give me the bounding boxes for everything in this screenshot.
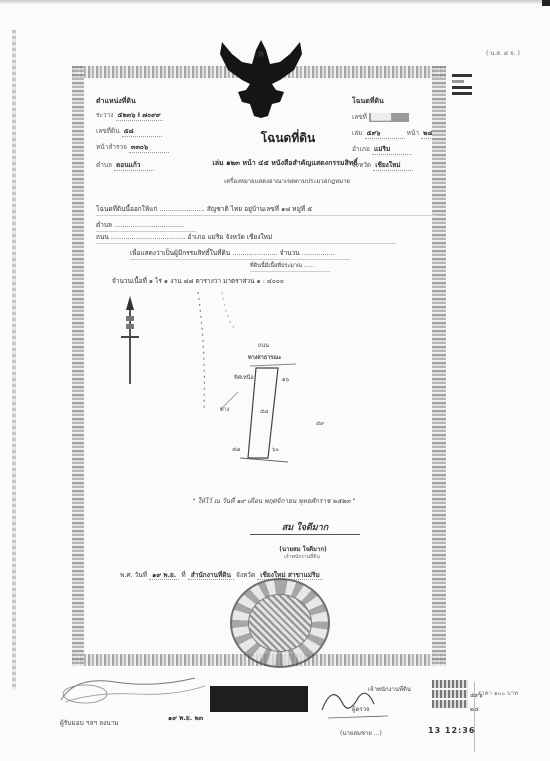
body-line-owner: โฉนดที่ดินนี้ออกให้แก่ .................… (96, 204, 436, 216)
footer-date: ๑๙ พ.ย. ๒๓ (168, 713, 203, 723)
document-subtitle: เล่ม ๑๒๓ หน้า ๔๕ หนังสือสำคัญแสดงกรรมสิท… (190, 158, 380, 169)
garuda-emblem-icon (214, 32, 308, 120)
border-left (72, 66, 84, 666)
map-label-top: ถนน (258, 342, 269, 350)
issue-declaration: " ให้ไว้ ณ วันที่ ๑๙ เดือน พฤศจิกายน พุท… (104, 496, 444, 506)
parcel-sketch-map: ถนน ทางสาธารณะ ทิศเหนือ ๑๖ ๕๘ ทาง ๕๙ ๕๗ … (220, 340, 340, 470)
map-label-right: ๕๙ (316, 420, 324, 428)
signature-flourish (55, 672, 215, 708)
scan-edge (0, 0, 550, 4)
field-value: ดอนแก้ว (114, 160, 154, 171)
map-label-top-left: ทิศเหนือ (234, 374, 254, 382)
field-subdistrict: ตำบล ดอนแก้ว (96, 160, 154, 171)
map-label-left: ทาง (220, 406, 229, 414)
field-label: เลขที่ (352, 113, 367, 121)
map-label-bottom-left: ๕๗ (232, 446, 240, 454)
field-label: เล่ม (352, 129, 363, 137)
reference-box (432, 680, 468, 710)
issue-date-value: ๑๙ พ.ย. (149, 571, 179, 580)
field-label: อำเภอ (352, 145, 370, 153)
body-line-subdistrict: ตำบล .................................. (96, 220, 196, 232)
registrar-title: เจ้าพนักงานที่ดิน (368, 684, 411, 694)
scan-corner-mark (542, 0, 550, 6)
field-value: ๕๙๖ (365, 128, 405, 139)
field-label: ตำบล (96, 161, 112, 169)
field-value-redacted: ████ (369, 113, 409, 122)
map-label-parcel: ๕๘ (260, 408, 268, 416)
map-label-top-right: ๑๖ (282, 376, 289, 384)
body-line-road: ถนน ....................................… (96, 232, 396, 244)
field-value: แม่ริม (372, 144, 412, 155)
issue-place-value: สำนักงานที่ดิน (188, 571, 234, 580)
field-book-page: เล่ม ๕๙๖ หน้า ๒๘ (352, 128, 439, 139)
document-subtitle-2: เครื่องหมายแสดงอาณาเขตตามประมวลกฎหมาย (192, 176, 382, 186)
map-label-bottom-right: ๖๐ (272, 446, 279, 454)
field-label: หน้า (407, 129, 419, 137)
field-value: ๕๘ (122, 126, 162, 137)
form-code-note: ( น.ส. ๔ จ. ) (486, 48, 520, 58)
official-position: เจ้าพนักงานที่ดิน (250, 553, 354, 561)
field-survey-page: หน้าสำรวจ ๓๓๐๖ (96, 142, 169, 153)
body-line-area-scale: จำนวนเนื้อที่ ๑ ไร่ ๑ งาน ๘๘ ตารางวา มาต… (112, 276, 372, 287)
field-label: ระวาง (96, 111, 113, 119)
issue-prefix: พ.ศ. (120, 571, 133, 579)
side-marks (452, 74, 472, 98)
redacted-block (210, 686, 308, 712)
field-district: อำเภอ แม่ริม (352, 144, 412, 155)
inspector-label: ผู้ตรวจ (352, 704, 370, 714)
body-line-ownership: เพื่อแสดงว่าเป็นผู้มีกรรมสิทธิ์ในที่ดิน … (130, 248, 350, 260)
field-value: ๓๓๐๖ (129, 142, 169, 153)
field-label: หน้าสำรวจ (96, 143, 127, 151)
north-arrow-icon (120, 296, 140, 384)
map-label-road: ทางสาธารณะ (248, 354, 281, 362)
margin-note: ราคา ๑๐๐ บาท (478, 688, 518, 698)
header-right-title: โฉนดที่ดิน (352, 96, 384, 107)
field-map-sheet: ระวาง ๕๒๓๖ I ๗๐๙๙ (96, 110, 163, 121)
body-line-area-note: ที่ดินนี้มีเนื้อที่ประมาณ ...... (250, 262, 330, 272)
field-deed-number: เลขที่ ████ (352, 112, 409, 122)
issue-office-label: จังหวัด (236, 571, 255, 579)
field-label: เลขที่ดิน (96, 127, 120, 135)
field-value: ๕๒๓๖ I ๗๐๙๙ (116, 110, 163, 121)
field-parcel-number: เลขที่ดิน ๕๘ (96, 126, 162, 137)
document-code: 13 12:36 (428, 726, 475, 735)
issue-date-label: วันที่ (135, 571, 147, 579)
document-title: โฉนดที่ดิน (228, 129, 348, 148)
field-value: ๒๘ (421, 128, 439, 139)
official-seal-stamp (230, 578, 330, 668)
footer-receiver-note: ผู้รับมอบ ฯลฯ ลงนาม (60, 718, 119, 728)
registrar-name: (นายสมชาย ...) (340, 728, 382, 738)
official-signature: สม ใจดีมาก (250, 520, 360, 535)
issue-place-label: ที่ (181, 571, 185, 579)
seal-emblem (248, 594, 312, 652)
divider (474, 682, 475, 752)
header-left-title: ตำแหน่งที่ดิน (96, 96, 136, 107)
scan-shadow-left (12, 30, 16, 690)
